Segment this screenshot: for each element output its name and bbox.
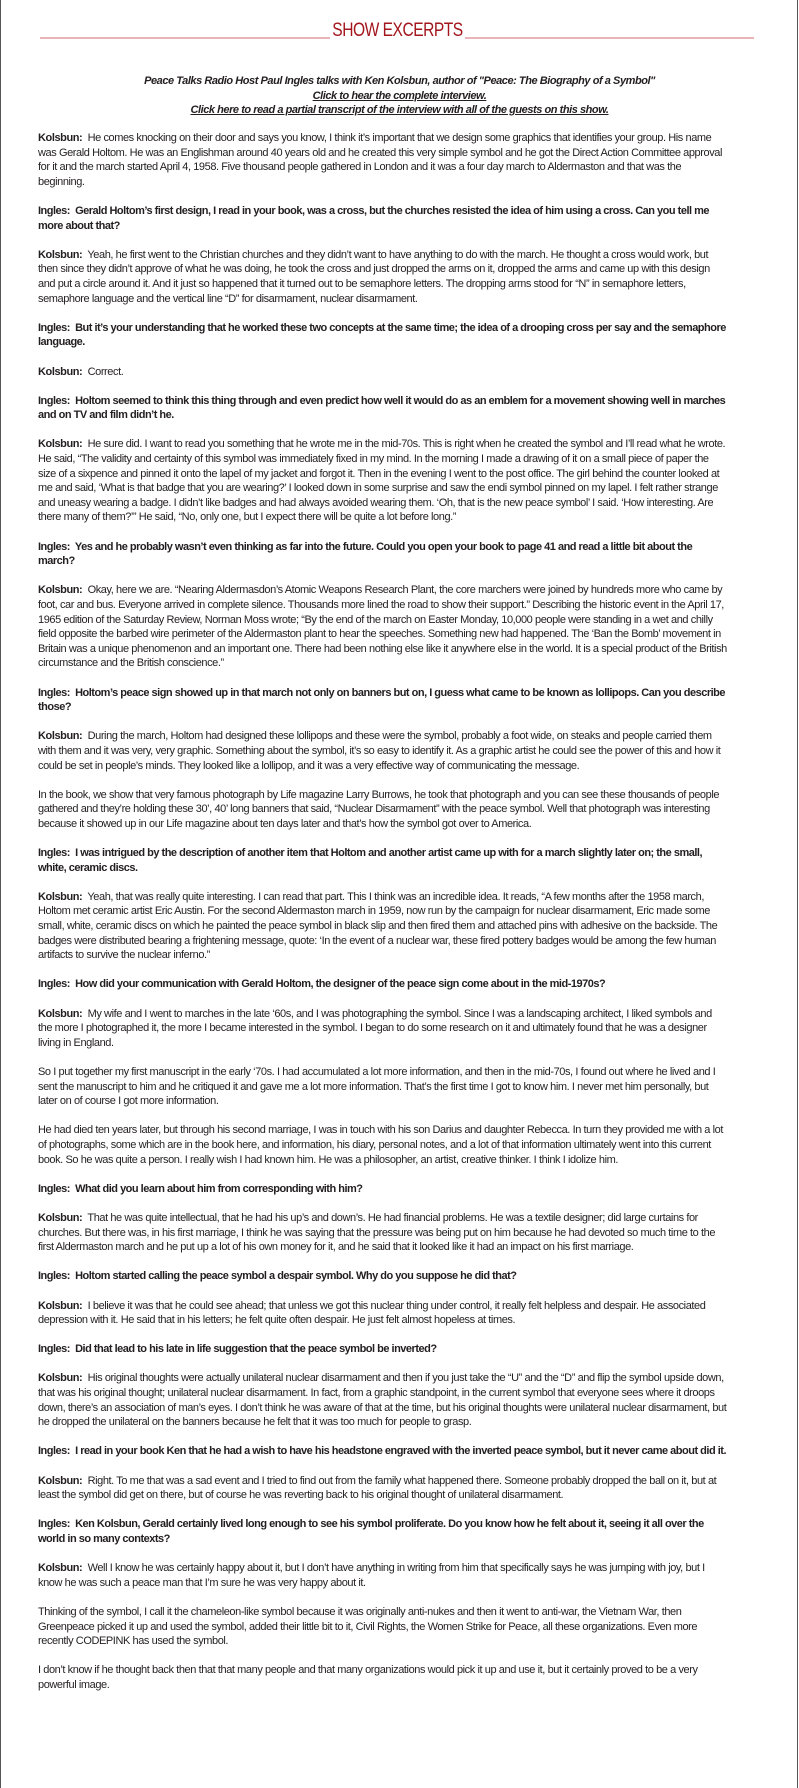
paragraph-text: So I put together my first manuscript in… [38, 1066, 715, 1107]
paragraph-text: He had died ten years later, but through… [38, 1124, 723, 1165]
speaker-label: Kolsbun: [38, 1300, 82, 1312]
paragraph-text: I believe it was that he could see ahead… [38, 1300, 705, 1327]
speaker-label: Kolsbun: [38, 730, 82, 742]
paragraph-text: His original thoughts were actually unil… [38, 1372, 726, 1428]
transcript-question: Ingles: How did your communication with … [38, 977, 728, 992]
paragraph-text: He sure did. I want to read you somethin… [38, 438, 725, 523]
transcript-answer: Kolsbun: I believe it was that he could … [38, 1299, 728, 1328]
transcript-question: Ingles: Ken Kolsbun, Gerald certainly li… [38, 1517, 728, 1546]
paragraph-text: Correct. [88, 366, 124, 378]
transcript-answer: Kolsbun: Yeah, that was really quite int… [38, 890, 728, 963]
transcript-answer: I don’t know if he thought back then tha… [38, 1663, 728, 1692]
paragraph-text: That he was quite intellectual, that he … [38, 1212, 715, 1253]
transcript-question: Ingles: Did that lead to his late in lif… [38, 1342, 728, 1357]
paragraph-text: I read in your book Ken that he had a wi… [75, 1445, 726, 1457]
speaker-label: Ingles: [38, 205, 70, 217]
transcript-answer: He had died ten years later, but through… [38, 1123, 728, 1167]
paragraph-text: Did that lead to his late in life sugges… [75, 1343, 436, 1355]
speaker-label: Ingles: [38, 847, 70, 859]
speaker-label: Kolsbun: [38, 438, 82, 450]
interview-intro: Peace Talks Radio Host Paul Ingles talks… [0, 74, 799, 118]
speaker-label: Ingles: [38, 1343, 70, 1355]
paragraph-text: Gerald Holtom’s first design, I read in … [38, 205, 709, 232]
speaker-label: Ingles: [38, 687, 70, 699]
transcript-answer: Kolsbun: Okay, here we are. “Nearing Ald… [38, 583, 728, 671]
paragraph-text: How did your communication with Gerald H… [75, 978, 605, 990]
section-title: SHOW EXCERPTS [329, 20, 466, 42]
transcript-answer: Kolsbun: My wife and I went to marches i… [38, 1007, 728, 1051]
paragraph-text: Well I know he was certainly happy about… [38, 1562, 705, 1589]
transcript-answer: Kolsbun: Correct. [38, 365, 728, 380]
transcript-answer: Kolsbun: He sure did. I want to read you… [38, 437, 728, 525]
speaker-label: Kolsbun: [38, 584, 82, 596]
listen-interview-link[interactable]: Click to hear the complete interview. [0, 89, 799, 104]
paragraph-text: But it’s your understanding that he work… [38, 322, 726, 349]
paragraph-text: Holtom seemed to think this thing throug… [38, 395, 725, 422]
speaker-label: Ingles: [38, 978, 70, 990]
transcript-answer: Kolsbun: He comes knocking on their door… [38, 131, 728, 189]
paragraph-text: Yes and he probably wasn’t even thinking… [38, 541, 692, 568]
transcript-question: Ingles: Yes and he probably wasn’t even … [38, 540, 728, 569]
speaker-label: Ingles: [38, 1445, 70, 1457]
speaker-label: Kolsbun: [38, 891, 82, 903]
paragraph-text: What did you learn about him from corres… [75, 1183, 362, 1195]
transcript-answer: Kolsbun: His original thoughts were actu… [38, 1371, 728, 1429]
speaker-label: Kolsbun: [38, 1008, 82, 1020]
header-rule-right [465, 37, 755, 39]
speaker-label: Kolsbun: [38, 132, 82, 144]
transcript-question: Ingles: Holtom seemed to think this thin… [38, 394, 728, 423]
paragraph-text: Ken Kolsbun, Gerald certainly lived long… [38, 1518, 704, 1545]
transcript-answer: In the book, we show that very famous ph… [38, 788, 728, 832]
transcript-answer: Kolsbun: Yeah, he first went to the Chri… [38, 248, 728, 306]
transcript-answer: Thinking of the symbol, I call it the ch… [38, 1605, 728, 1649]
transcript-question: Ingles: Gerald Holtom’s first design, I … [38, 204, 728, 233]
interview-description: Peace Talks Radio Host Paul Ingles talks… [0, 74, 799, 89]
transcript: Kolsbun: He comes knocking on their door… [38, 131, 728, 1707]
speaker-label: Ingles: [38, 1183, 70, 1195]
speaker-label: Ingles: [38, 1270, 70, 1282]
read-transcript-link[interactable]: Click here to read a partial transcript … [0, 103, 799, 118]
transcript-question: Ingles: What did you learn about him fro… [38, 1182, 728, 1197]
speaker-label: Ingles: [38, 322, 70, 334]
transcript-answer: So I put together my first manuscript in… [38, 1065, 728, 1109]
paragraph-text: Right. To me that was a sad event and I … [38, 1475, 716, 1502]
transcript-question: Ingles: I read in your book Ken that he … [38, 1444, 728, 1459]
transcript-question: Ingles: I was intrigued by the descripti… [38, 846, 728, 875]
paragraph-text: Okay, here we are. “Nearing Aldermasdon’… [38, 584, 727, 669]
transcript-question: Ingles: Holtom’s peace sign showed up in… [38, 686, 728, 715]
section-header: SHOW EXCERPTS [40, 18, 754, 42]
speaker-label: Kolsbun: [38, 1212, 82, 1224]
speaker-label: Kolsbun: [38, 1372, 82, 1384]
paragraph-text: I don’t know if he thought back then tha… [38, 1664, 698, 1691]
speaker-label: Kolsbun: [38, 249, 82, 261]
transcript-answer: Kolsbun: That he was quite intellectual,… [38, 1211, 728, 1255]
paragraph-text: Yeah, he first went to the Christian chu… [38, 249, 710, 305]
transcript-question: Ingles: Holtom started calling the peace… [38, 1269, 728, 1284]
speaker-label: Ingles: [38, 541, 70, 553]
speaker-label: Kolsbun: [38, 1475, 82, 1487]
speaker-label: Ingles: [38, 395, 70, 407]
transcript-answer: Kolsbun: Well I know he was certainly ha… [38, 1561, 728, 1590]
paragraph-text: Yeah, that was really quite interesting.… [38, 891, 717, 961]
paragraph-text: Holtom started calling the peace symbol … [75, 1270, 516, 1282]
transcript-answer: Kolsbun: During the march, Holtom had de… [38, 729, 728, 773]
paragraph-text: Holtom’s peace sign showed up in that ma… [38, 687, 725, 714]
speaker-label: Kolsbun: [38, 1562, 82, 1574]
speaker-label: Kolsbun: [38, 366, 82, 378]
paragraph-text: Thinking of the symbol, I call it the ch… [38, 1606, 697, 1647]
transcript-question: Ingles: But it’s your understanding that… [38, 321, 728, 350]
paragraph-text: He comes knocking on their door and says… [38, 132, 722, 188]
transcript-answer: Kolsbun: Right. To me that was a sad eve… [38, 1474, 728, 1503]
speaker-label: Ingles: [38, 1518, 70, 1530]
paragraph-text: My wife and I went to marches in the lat… [38, 1008, 712, 1049]
paragraph-text: During the march, Holtom had designed th… [38, 730, 720, 771]
paragraph-text: In the book, we show that very famous ph… [38, 789, 719, 830]
header-rule-left [40, 37, 330, 39]
paragraph-text: I was intrigued by the description of an… [38, 847, 702, 874]
